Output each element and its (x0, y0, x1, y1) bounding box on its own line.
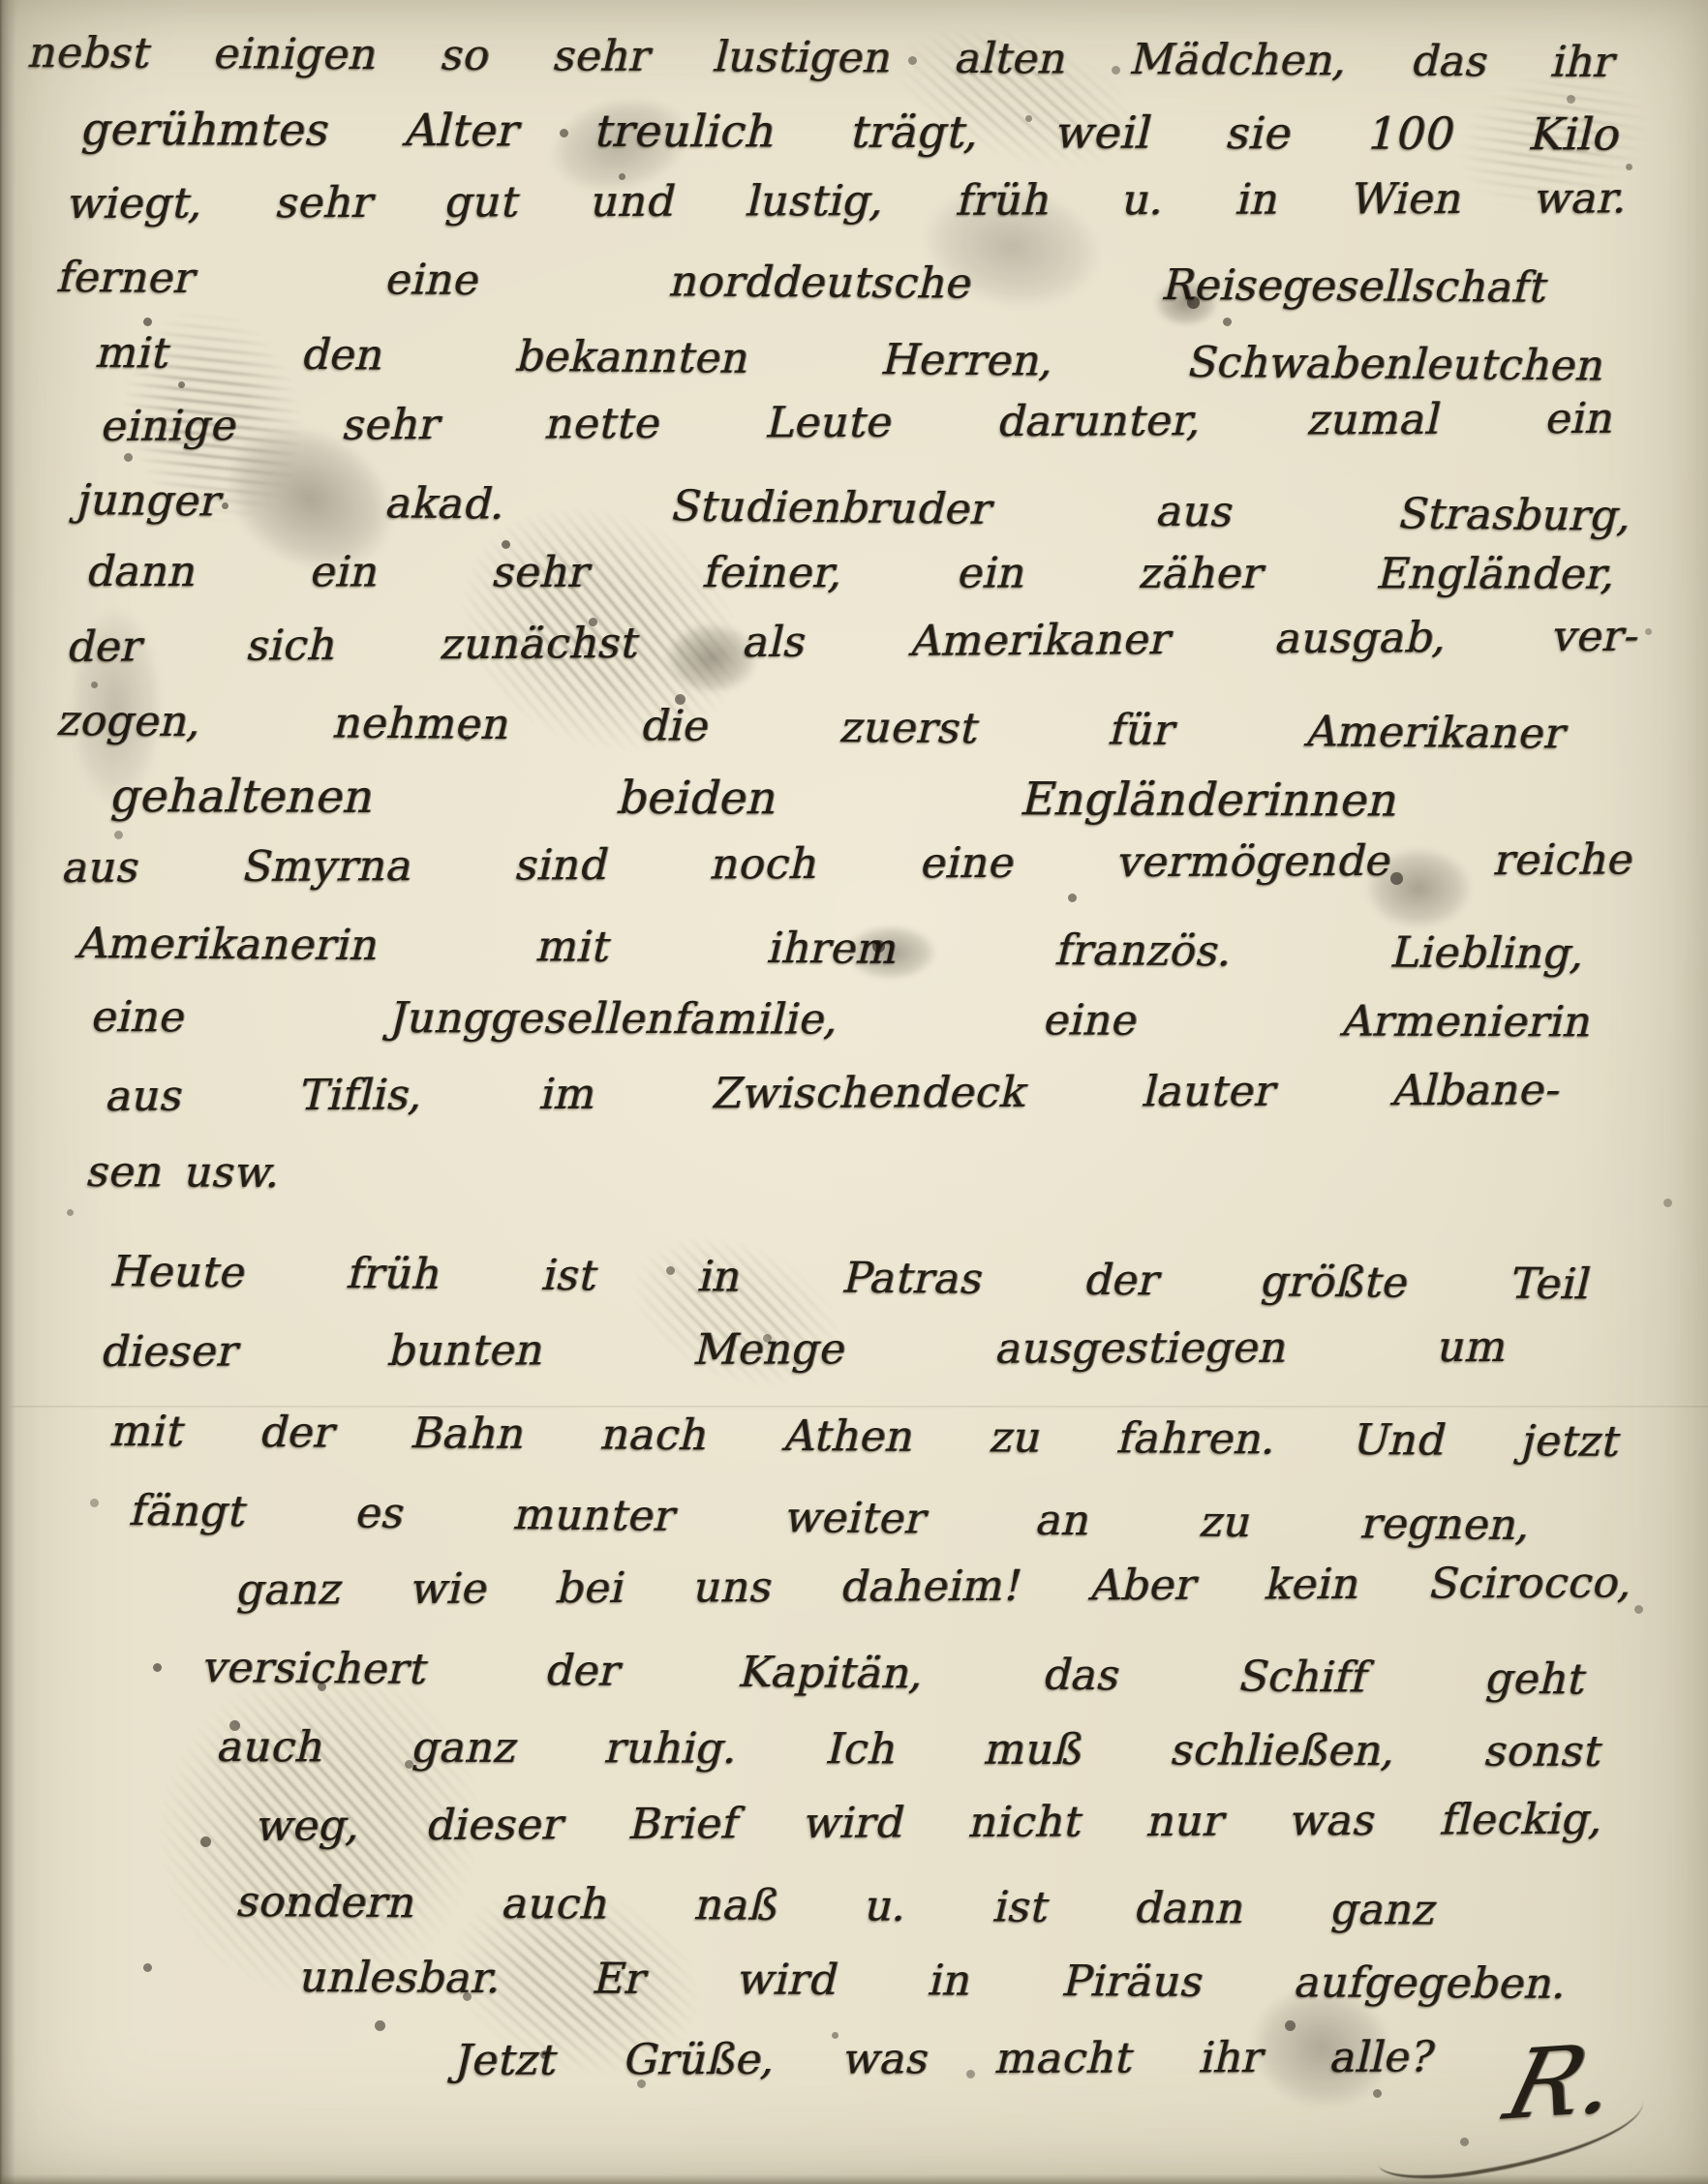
handwritten-line: unlesbar. Er wird in Piräus aufgegeben. (292, 1950, 1574, 2018)
handwritten-line: einige sehr nette Leute darunter, zumal … (95, 391, 1621, 461)
handwritten-line: junger akad. Studienbruder aus Strasburg… (70, 472, 1639, 551)
handwritten-line: gehaltenen beiden Engländerinnen (105, 769, 1406, 835)
handwritten-line: ferner eine norddeutsche Reisegesellscha… (50, 250, 1554, 322)
handwritten-line: dieser bunten Menge ausgestiegen um (95, 1319, 1514, 1386)
handwritten-line: eine Junggesellenfamilie, eine Armenieri… (85, 989, 1600, 1056)
paper-crease (0, 1406, 1708, 1409)
handwritten-line: weg, dieser Brief wird nicht nur was fle… (250, 1792, 1611, 1861)
handwritten-line: Heute früh ist in Patras der größte Teil (104, 1244, 1597, 1319)
paper-edge-bottom (0, 2174, 1708, 2184)
handwritten-line: dann ein sehr feiner, ein zäher Englände… (80, 544, 1624, 609)
handwritten-line: mit den bekannten Herren, Schwabenleutch… (89, 325, 1611, 401)
handwritten-line: sen usw. (79, 1144, 288, 1207)
handwritten-line: Jetzt Grüße, was macht ihr alle? (448, 2029, 1441, 2095)
handwritten-line: gerühmtes Alter treulich trägt, weil sie… (76, 101, 1629, 168)
handwritten-line: aus Tiflis, im Zwischendeck lauter Alban… (100, 1062, 1568, 1131)
handwritten-line: fängt es munter weiter an zu regnen, (123, 1483, 1539, 1560)
handwritten-line: der sich zunächst als Amerikaner ausgab,… (61, 609, 1646, 682)
letter-body: nebst einigen so sehr lustigen alten Mäd… (0, 0, 1708, 2184)
letter-scan: nebst einigen so sehr lustigen alten Mäd… (0, 0, 1708, 2184)
handwritten-line: mit der Bahn nach Athen zu fahren. Und j… (104, 1404, 1627, 1476)
handwritten-line: Amerikanerin mit ihrem französ. Liebling… (70, 916, 1593, 988)
handwritten-line: ganz wie bei uns daheim! Aber kein Sciro… (230, 1555, 1640, 1624)
paper-edge-left (0, 0, 15, 2184)
handwritten-line: aus Smyrna sind noch eine vermögende rei… (56, 833, 1640, 902)
handwritten-line: sondern auch naß u. ist dann ganz (229, 1874, 1443, 1945)
handwritten-line: nebst einigen so sehr lustigen alten Mäd… (21, 25, 1622, 97)
handwritten-line: wiegt, sehr gut und lustig, früh u. in W… (61, 170, 1635, 238)
handwritten-line: auch ganz ruhig. Ich muß schließen, sons… (211, 1719, 1609, 1786)
handwritten-line: zogen, nehmen die zuerst für Amerikaner (50, 693, 1572, 769)
handwritten-line: versichert der Kapitän, das Schiff geht (196, 1640, 1592, 1714)
